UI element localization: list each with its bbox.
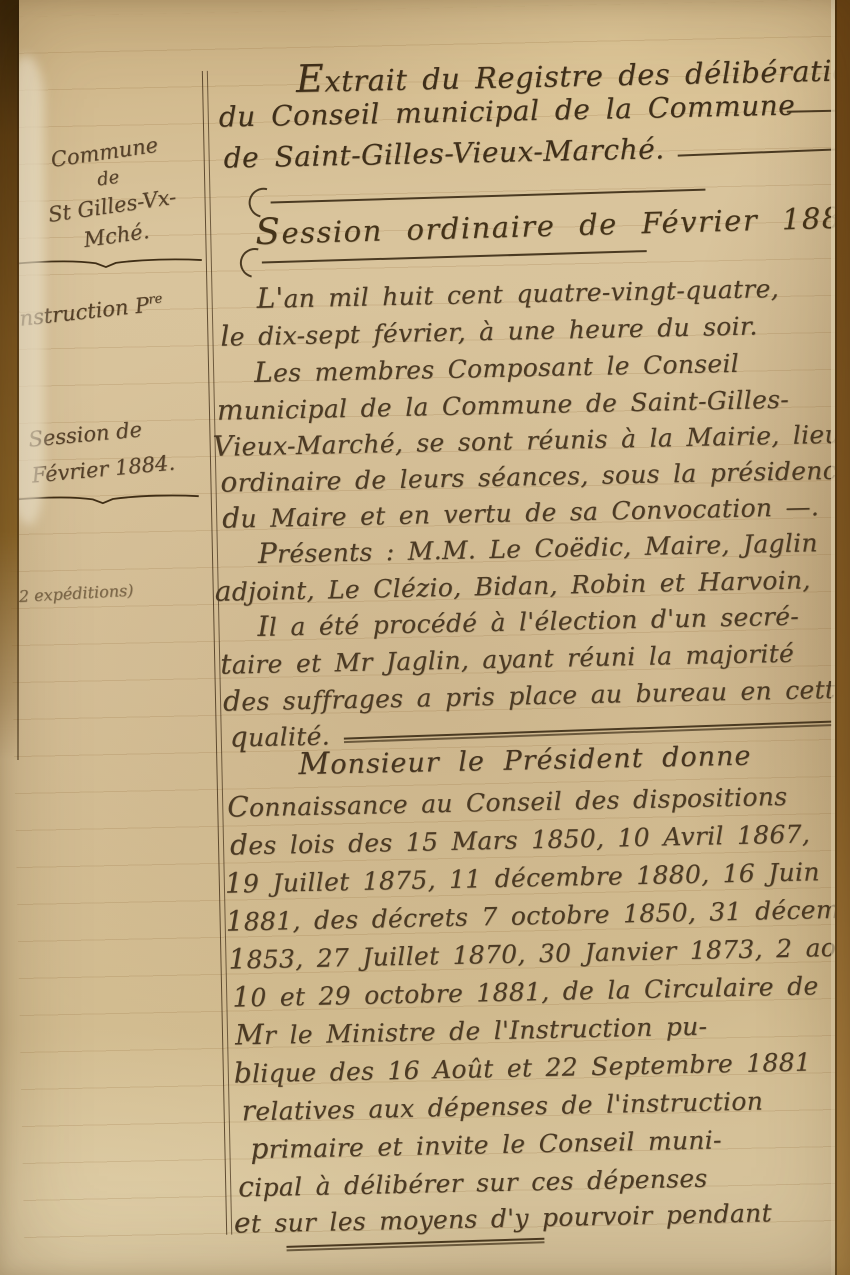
margin-subject-superscript: re [148,291,163,307]
manuscript-line: Connaissance au Conseil des dispositions [227,779,788,824]
manuscript-line: relatives aux dépenses de l'instruction [241,1084,763,1128]
manuscript-line: des lois des 15 Mars 1850, 10 Avril 1867… [230,816,811,861]
book-binding-edge-left [0,0,19,760]
margin-commune-heading: Commune de St Gilles-Vx-Mché. [23,126,198,262]
manuscript-line: Monsieur le Président donne [298,738,752,782]
manuscript-line: et sur les moyens d'y pourvoir pendant [234,1195,773,1239]
session-title: Session ordinaire de Février 1884. [255,195,850,253]
manuscript-line: blique des 16 Août et 22 Septembre 1881 [233,1044,811,1089]
manuscript-line: primaire et invite le Conseil muni- [250,1122,722,1165]
manuscript-line: le dix-sept février, à une heure du soir… [220,308,758,352]
deliberation-text: Extrait du Registre des délibérations du… [0,0,848,1]
flourish-rule [262,250,647,263]
manuscript-line: 19 Juillet 1875, 11 décembre 1880, 16 Ju… [225,854,821,899]
manuscript-line: cipal à délibérer sur ces dépenses [238,1161,708,1204]
title-line-3: de Saint-Gilles-Vieux-Marché. [223,132,665,174]
register-page-photo: Commune de St Gilles-Vx-Mché. Instructio… [0,0,850,1275]
manuscript-line: Mr le Ministre de l'Instruction pu- [235,1009,708,1052]
manuscript-line: Les membres Composant le Conseil [254,346,740,389]
closing-double-rule [286,1238,544,1248]
qualite-double-underline [344,721,832,740]
margin-session-note: Session de Février 1884. [27,406,203,493]
manuscript-line: 10 et 29 octobre 1881, de la Circulaire … [232,968,819,1013]
book-binding-edge-right [835,0,850,1275]
margin-column: Commune de St Gilles-Vx-Mché. Instructio… [0,0,848,1]
manuscript-line: L'an mil huit cent quatre-vingt-quatre, [256,271,779,315]
margin-expedition-note: 2 expéditions) [18,581,134,606]
page-content: Commune de St Gilles-Vx-Mché. Instructio… [0,0,850,1275]
title-trailing-dash [678,148,848,157]
